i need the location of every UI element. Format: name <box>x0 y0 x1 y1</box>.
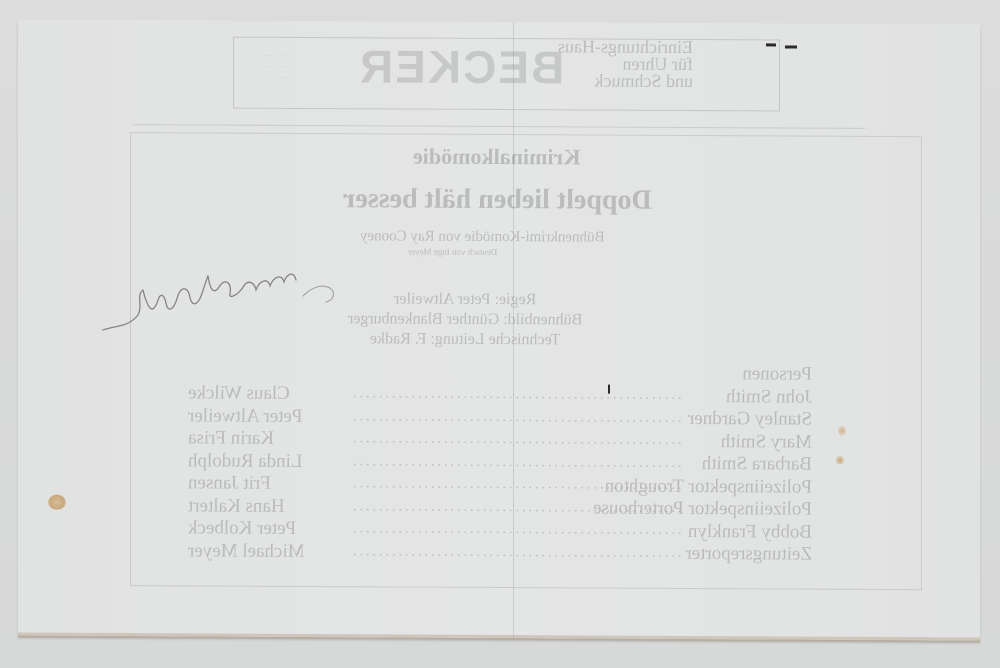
leader-dots-row: ........................................… <box>353 541 683 565</box>
leader-dots-row: ........................................… <box>353 428 683 452</box>
cast-actor: Frit Jansen <box>188 472 305 495</box>
handwritten-signature <box>98 255 358 366</box>
leader-dots-row: ........................................… <box>353 496 683 520</box>
cast-actor: Peter Altweiler <box>188 405 305 428</box>
leader-dots-row: ........................................… <box>353 473 683 497</box>
header-rule <box>133 124 865 129</box>
left-box-line: · · · · · · · <box>253 51 287 62</box>
cast-actor: Karin Frisa <box>188 427 305 450</box>
play-subtitle: Bühnenkrimi-Komödie von Ray Cooney <box>360 228 605 246</box>
stain-spot <box>836 456 844 465</box>
brand-logo: BECKER <box>358 39 564 94</box>
leader-dots-row: ........................................… <box>353 518 683 542</box>
stain-spot <box>838 426 846 436</box>
credit-line: Regie: Peter Altweiler <box>348 289 582 310</box>
stain-spot <box>48 495 66 510</box>
ink-mark <box>766 43 776 46</box>
leader-dots-row: ........................................… <box>353 451 683 475</box>
cast-actor: Michael Meyer <box>188 540 305 563</box>
play-genre: Kriminalkomödie <box>413 144 580 171</box>
ink-mark <box>785 45 797 48</box>
brand-tagline: Einrichtungs-Haus für Uhren und Schmuck <box>558 38 693 90</box>
play-subtitle-small: Deutsch von Inge Meyer <box>408 247 497 257</box>
leader-dots-row: ........................................… <box>353 383 683 407</box>
cast-actor: Peter Kolbeck <box>188 517 305 540</box>
ink-mark <box>608 385 610 394</box>
cast-actor: Hans Kaltert <box>188 495 305 518</box>
left-box-line: · · · · <box>253 73 287 84</box>
credit-line: Bühnenbild: Günther Blankenburger <box>348 309 582 330</box>
tagline-line: und Schmuck <box>558 72 693 90</box>
cast-actors-column: Claus WilckePeter AltweilerKarin FrisaLi… <box>188 382 305 563</box>
leader-dots-row: ........................................… <box>353 406 683 430</box>
credits-block: Regie: Peter Altweiler Bühnenbild: Günth… <box>348 289 582 350</box>
program-sheet: · · · · · · · · · · · · · · · · BECKER E… <box>18 19 980 640</box>
cast-leader-dots: ........................................… <box>353 383 683 565</box>
left-box-line: · · · · · <box>253 62 287 73</box>
header-left-box-text: · · · · · · · · · · · · · · · · <box>253 51 287 84</box>
credit-line: Technische Leitung: F. Radke <box>348 329 582 350</box>
cast-actor: Claus Wilcke <box>188 382 305 405</box>
cast-actor: Linda Rudolph <box>188 450 305 473</box>
play-title: Doppelt lieben hält besser <box>343 183 652 217</box>
cast-heading: Personen <box>593 362 812 386</box>
